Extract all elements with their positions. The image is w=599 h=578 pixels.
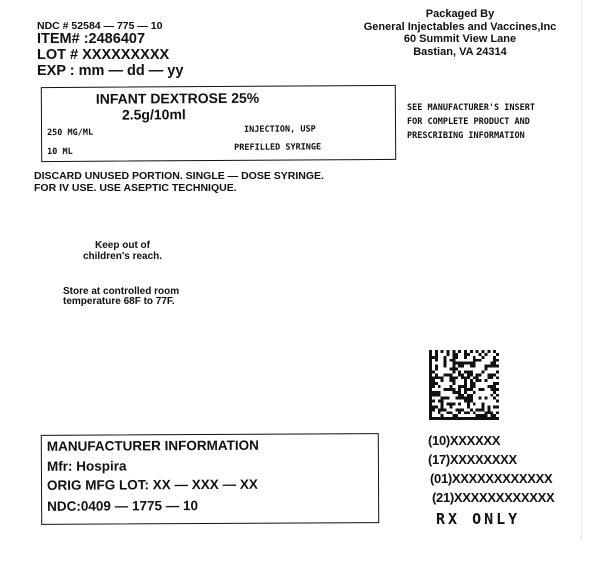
- keep-out-line: children's reach.: [70, 251, 175, 262]
- manufacturer-box: MANUFACTURER INFORMATION Mfr: Hospira OR…: [41, 433, 379, 525]
- insert-note-line: FOR COMPLETE PRODUCT AND: [407, 115, 535, 129]
- gs1-codes: (10)XXXXXX (17)XXXXXXXX (01)XXXXXXXXXXXX…: [428, 431, 554, 507]
- insert-note-line: SEE MANUFACTURER'S INSERT: [407, 101, 535, 115]
- gs1-batch: (10)XXXXXX: [428, 431, 554, 450]
- packager-heading: Packaged By: [330, 8, 590, 21]
- product-form: INJECTION, USP: [244, 124, 316, 134]
- packager-city: Bastian, VA 24314: [330, 46, 590, 59]
- insert-note: SEE MANUFACTURER'S INSERT FOR COMPLETE P…: [407, 101, 535, 143]
- expiration-date: EXP : mm — dd — yy: [37, 63, 183, 79]
- discard-note-line: DISCARD UNUSED PORTION. SINGLE — DOSE SY…: [34, 170, 324, 182]
- product-box: INFANT DEXTROSE 25% 2.5g/10ml 250 MG/ML …: [41, 85, 396, 162]
- gs1-expiry: (17)XXXXXXXX: [428, 450, 554, 469]
- product-volume: 10 ML: [47, 147, 73, 157]
- manufacturer-lot: ORIG MFG LOT: XX — XXX — XX: [47, 477, 258, 493]
- manufacturer-ndc: NDC:0409 — 1775 — 10: [47, 498, 198, 514]
- datamatrix-barcode-icon: [428, 350, 500, 420]
- storage-line: temperature 68F to 77F.: [63, 297, 179, 307]
- insert-note-line: PRESCRIBING INFORMATION: [407, 129, 535, 143]
- keep-out-line: Keep out of: [70, 240, 175, 251]
- storage-instructions: Store at controlled room temperature 68F…: [63, 287, 179, 307]
- product-amount: 2.5g/10ml: [122, 106, 186, 122]
- manufacturer-title: MANUFACTURER INFORMATION: [47, 438, 259, 454]
- gs1-serial: (21)XXXXXXXXXXXX: [432, 488, 554, 507]
- lot-number: LOT # XXXXXXXXX: [37, 47, 169, 63]
- discard-note: DISCARD UNUSED PORTION. SINGLE — DOSE SY…: [34, 170, 324, 194]
- product-concentration: 250 MG/ML: [47, 128, 93, 138]
- manufacturer-name: Mfr: Hospira: [47, 458, 127, 473]
- rx-only-label: RX ONLY: [436, 510, 520, 528]
- product-name: INFANT DEXTROSE 25%: [96, 90, 259, 107]
- packager-street: 60 Summit View Lane: [330, 33, 590, 46]
- gs1-gtin: (01)XXXXXXXXXXXX: [430, 469, 554, 488]
- packager-info: Packaged By General Injectables and Vacc…: [330, 8, 590, 58]
- packager-company: General Injectables and Vaccines,Inc: [330, 21, 590, 34]
- discard-note-line: FOR IV USE. USE ASEPTIC TECHNIQUE.: [34, 182, 324, 194]
- edge-line: [581, 0, 582, 540]
- keep-out-warning: Keep out of children's reach.: [70, 240, 175, 262]
- item-number: ITEM# :2486407: [37, 31, 145, 47]
- product-delivery: PREFILLED SYRINGE: [234, 142, 321, 153]
